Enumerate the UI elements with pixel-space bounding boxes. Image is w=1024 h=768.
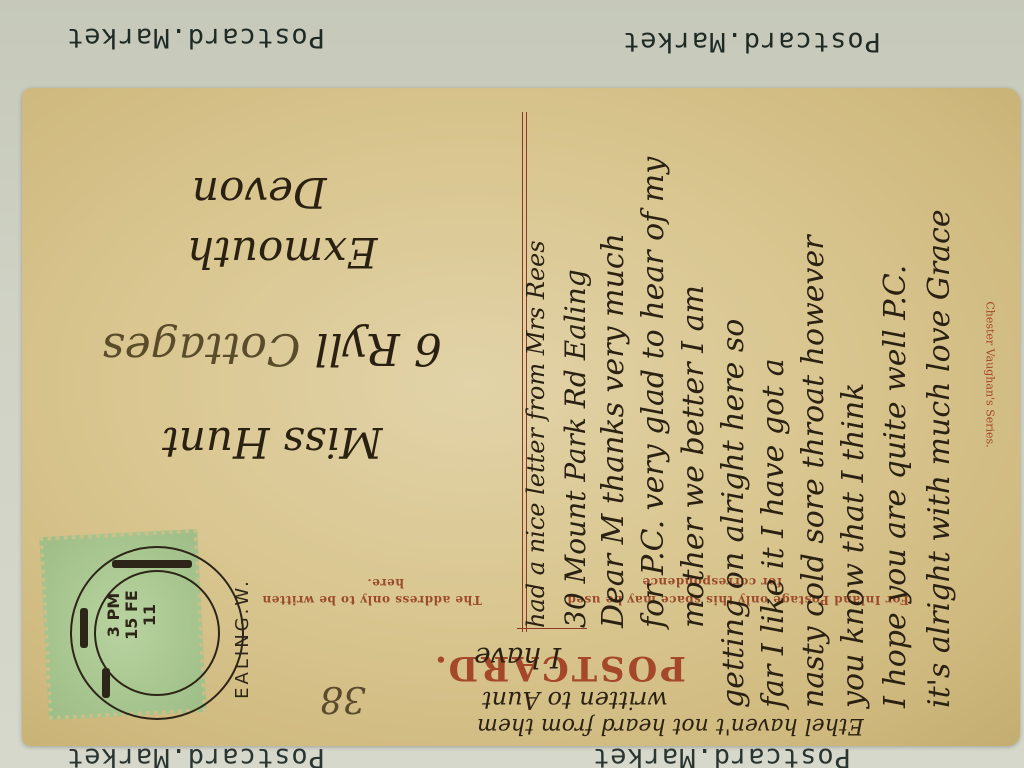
address-town: Exmouth [187, 228, 377, 277]
publisher-series: Chester Vaughan's Series. [984, 301, 997, 447]
message-line: I hope you are quite well P.C. [878, 265, 913, 708]
postcard-back: POSTCARD. The address only to be written… [22, 88, 1020, 746]
message-line: you know that I think [836, 383, 871, 708]
bottom-note-line: Ethel haven't not heard from them [477, 713, 864, 738]
message-line: mother we better I am [676, 285, 711, 628]
divider-foot [517, 628, 587, 629]
address-county: Devon [192, 168, 327, 217]
postmark-time: 3 PM [105, 585, 123, 645]
pencil-note: 38 [320, 678, 366, 719]
watermark-top-right: Postcard.Market [622, 26, 881, 57]
message-line: far I like it I have got a [756, 358, 791, 708]
address-recipient: Miss Hunt [162, 418, 383, 467]
message-line: Dear M thanks very much [596, 233, 631, 628]
address-instruction-2: here. [367, 576, 404, 590]
address-street: 6 Ryll Cottages [102, 323, 442, 374]
message-line: nasty cold sore throat however [796, 235, 831, 708]
bottom-note-line: written to Aunt [482, 686, 668, 714]
message-line: for P.C. very glad to hear of my [636, 157, 671, 628]
message-line: it's alright with much love Grace [922, 209, 957, 708]
bottom-note-line: I have [474, 641, 561, 674]
postmark: 3 PM 15 FE 11 EALING.W. [70, 546, 244, 720]
sender-address: 30 Mount Park Rd Ealing [559, 269, 592, 628]
message-line: getting on alright here so [716, 319, 751, 708]
address-instruction: The address only to be written [262, 593, 482, 607]
address-street-number: 6 Ryll [315, 323, 442, 374]
message-line: had a nice letter from Mrs Rees [522, 240, 550, 628]
postmark-bar [102, 668, 110, 698]
watermark-top-left: Postcard.Market [66, 22, 325, 53]
postmark-bar [80, 608, 88, 648]
address-street-suffix: Cottages [102, 323, 301, 374]
postmark-date: 3 PM 15 FE 11 [105, 585, 159, 645]
postmark-bar [112, 560, 192, 568]
postmark-town: EALING.W. [232, 578, 253, 699]
postmark-day: 15 FE 11 [123, 585, 159, 645]
